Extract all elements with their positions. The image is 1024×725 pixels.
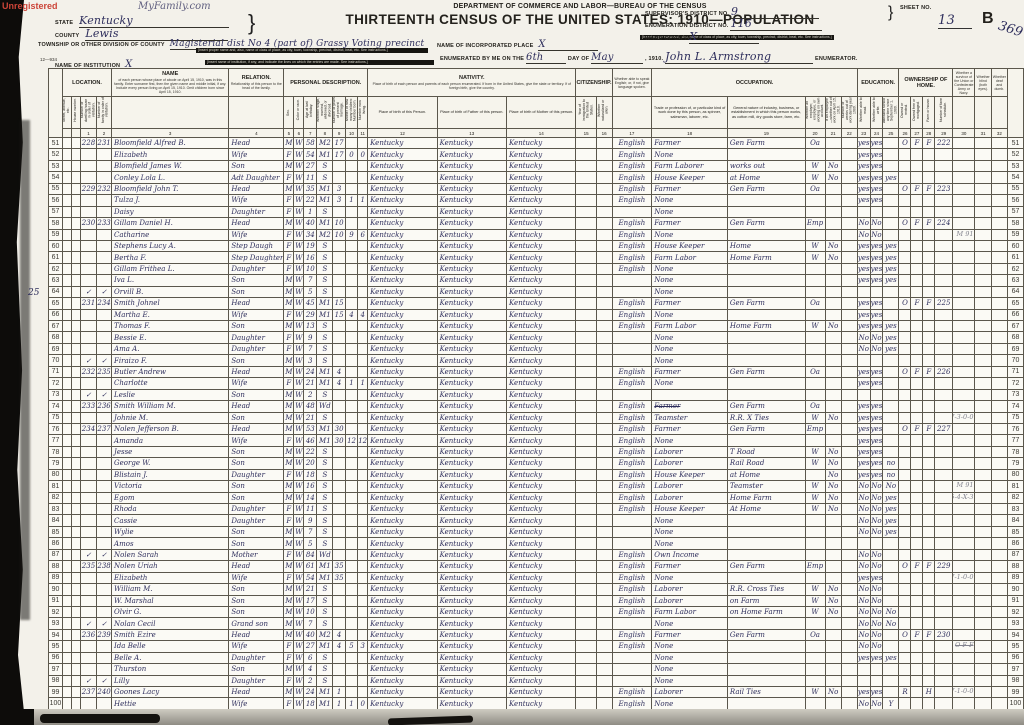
cell: 13 xyxy=(304,321,317,332)
cell xyxy=(97,435,112,446)
cell: yes xyxy=(870,366,883,377)
cell xyxy=(935,652,953,663)
cell xyxy=(805,229,825,240)
cell: Daughter xyxy=(229,652,284,663)
cell xyxy=(991,572,1007,583)
cell: Nolan Cecil xyxy=(112,618,229,629)
cell: No xyxy=(870,618,883,629)
cell xyxy=(80,195,96,206)
cell xyxy=(953,584,975,595)
cell xyxy=(953,675,975,686)
column-subheader: Place of birth of Father of this person. xyxy=(437,97,506,129)
cell xyxy=(71,687,80,698)
line-number-left: 93 xyxy=(49,618,63,629)
cell xyxy=(333,160,345,171)
cell: No xyxy=(857,629,870,640)
cell xyxy=(576,183,596,194)
cell: S xyxy=(317,286,333,297)
cell: Kentucky xyxy=(368,664,437,675)
cell xyxy=(80,595,96,606)
cell: M xyxy=(284,595,294,606)
cell xyxy=(991,332,1007,343)
table-row: 87✓✓Nolen SarahMotherFW84WdKentuckyKentu… xyxy=(49,549,1024,560)
cell: Kentucky xyxy=(368,423,437,434)
cell xyxy=(62,149,71,160)
cell: yes xyxy=(857,412,870,423)
cell: Kentucky xyxy=(437,355,506,366)
cell xyxy=(883,183,899,194)
cell: House Keeper xyxy=(652,504,728,515)
cell: Farm Labor xyxy=(652,321,728,332)
cell: F xyxy=(911,138,923,149)
cell xyxy=(345,481,357,492)
cell: Kentucky xyxy=(368,481,437,492)
cell: M xyxy=(284,629,294,640)
cell: 234 xyxy=(97,298,112,309)
cell xyxy=(923,412,935,423)
cell: F xyxy=(284,378,294,389)
cell xyxy=(923,492,935,503)
cell xyxy=(62,160,71,171)
line-number-left: 81 xyxy=(49,481,63,492)
cell: O xyxy=(899,366,911,377)
cell xyxy=(805,641,825,652)
cell xyxy=(612,652,652,663)
cell xyxy=(899,606,911,617)
cell: No xyxy=(857,526,870,537)
cell: F xyxy=(284,698,294,709)
cell: S xyxy=(317,389,333,400)
cell xyxy=(345,469,357,480)
cell xyxy=(727,698,805,709)
cell xyxy=(911,481,923,492)
cell: 7 xyxy=(304,275,317,286)
cell xyxy=(841,698,857,709)
cell: 3 xyxy=(358,641,368,652)
line-number-right: 98 xyxy=(1007,675,1023,686)
column-number: 11 xyxy=(358,129,368,138)
cell xyxy=(953,172,975,183)
cell: No xyxy=(857,698,870,709)
cell: M xyxy=(284,584,294,595)
cell: Laborer xyxy=(652,492,728,503)
cell: S xyxy=(317,675,333,686)
cell: W. Marshal xyxy=(112,595,229,606)
cell xyxy=(923,401,935,412)
cell: yes xyxy=(857,240,870,251)
cell: No xyxy=(825,606,841,617)
cell: Charlotte xyxy=(112,378,229,389)
cell: 4 xyxy=(358,309,368,320)
cell: Daughter xyxy=(229,675,284,686)
cell: English xyxy=(612,606,652,617)
cell xyxy=(576,458,596,469)
table-row: 64✓✓Orvill B.SonMW5SKentuckyKentuckyKent… xyxy=(49,286,1024,297)
cell: Kentucky xyxy=(507,481,576,492)
cell xyxy=(899,584,911,595)
cell xyxy=(923,389,935,400)
cell: 17 xyxy=(304,595,317,606)
cell: No xyxy=(857,492,870,503)
cell: M xyxy=(284,687,294,698)
cell xyxy=(727,538,805,549)
cell xyxy=(62,286,71,297)
cell xyxy=(991,458,1007,469)
cell xyxy=(825,389,841,400)
cell: yes xyxy=(857,446,870,457)
line-number-right: 77 xyxy=(1007,435,1023,446)
cell xyxy=(825,698,841,709)
cell xyxy=(923,652,935,663)
cell: 54 xyxy=(304,149,317,160)
ward-value: X xyxy=(689,30,759,44)
cell: W xyxy=(294,138,304,149)
cell: Kentucky xyxy=(507,435,576,446)
cell xyxy=(358,526,368,537)
cell xyxy=(596,286,612,297)
cell: yes xyxy=(857,572,870,583)
cell: Gen Farm xyxy=(727,138,805,149)
cell xyxy=(596,652,612,663)
cell xyxy=(935,355,953,366)
cell: yes xyxy=(870,652,883,663)
cell xyxy=(899,572,911,583)
cell: Catharine xyxy=(112,229,229,240)
cell: 237 xyxy=(80,687,96,698)
line-number-left: 68 xyxy=(49,332,63,343)
line-number-left: 97 xyxy=(49,664,63,675)
cell: No xyxy=(825,321,841,332)
cell: M xyxy=(284,389,294,400)
cell: at Home xyxy=(727,172,805,183)
pencil-note: O F F xyxy=(955,641,973,649)
cell xyxy=(841,618,857,629)
column-subheader: Street, avenue, etc. xyxy=(62,97,71,129)
cell: Head xyxy=(229,687,284,698)
cell xyxy=(935,195,953,206)
cell: Ama A. xyxy=(112,343,229,354)
cell xyxy=(991,446,1007,457)
cell: yes xyxy=(883,504,899,515)
cell xyxy=(841,595,857,606)
cell xyxy=(899,378,911,389)
cell xyxy=(825,401,841,412)
line-number-right: 100 xyxy=(1007,698,1023,709)
cell: 227 xyxy=(935,423,953,434)
cell: No xyxy=(825,504,841,515)
cell: W xyxy=(805,240,825,251)
cell: no xyxy=(883,458,899,469)
cell xyxy=(953,263,975,274)
column-subheader: Place of birth of this Person. xyxy=(368,97,437,129)
cell: Elizabeth xyxy=(112,572,229,583)
cell xyxy=(576,321,596,332)
cell: yes xyxy=(883,252,899,263)
cell: yes xyxy=(870,687,883,698)
cell: Kentucky xyxy=(437,538,506,549)
cell: Kentucky xyxy=(368,218,437,229)
cell: 61 xyxy=(304,561,317,572)
cell: Wd xyxy=(317,549,333,560)
cell: Son xyxy=(229,595,284,606)
cell: 0 xyxy=(358,149,368,160)
cell xyxy=(991,149,1007,160)
table-row: 96Belle A.DaughterFW6SKentuckyKentuckyKe… xyxy=(49,652,1024,663)
cell xyxy=(953,664,975,675)
cell xyxy=(71,172,80,183)
cell: M xyxy=(284,618,294,629)
line-number-right: 52 xyxy=(1007,149,1023,160)
cell xyxy=(953,138,975,149)
cell: Kentucky xyxy=(437,606,506,617)
cell xyxy=(596,458,612,469)
cell xyxy=(923,229,935,240)
cell xyxy=(596,343,612,354)
cell xyxy=(358,183,368,194)
cell xyxy=(97,446,112,457)
cell xyxy=(345,675,357,686)
cell xyxy=(97,275,112,286)
cell: Kentucky xyxy=(507,515,576,526)
cell: Kentucky xyxy=(368,149,437,160)
cell: English xyxy=(612,492,652,503)
line-number-right: 84 xyxy=(1007,515,1023,526)
cell xyxy=(991,687,1007,698)
cell: Martha E. xyxy=(112,309,229,320)
cell xyxy=(345,504,357,515)
line-number-left: 83 xyxy=(49,504,63,515)
cell: Head xyxy=(229,183,284,194)
cell xyxy=(911,446,923,457)
cell: W xyxy=(294,515,304,526)
cell xyxy=(805,343,825,354)
cell: 230 xyxy=(80,218,96,229)
cell xyxy=(576,469,596,480)
cell xyxy=(991,412,1007,423)
cell: W xyxy=(805,687,825,698)
cell xyxy=(935,481,953,492)
cell xyxy=(923,355,935,366)
cell: Kentucky xyxy=(368,584,437,595)
table-row: 85WylieSonMW7SKentuckyKentuckyKentuckyNo… xyxy=(49,526,1024,537)
cell: F xyxy=(284,504,294,515)
cell: Kentucky xyxy=(507,275,576,286)
cell xyxy=(358,240,368,251)
cell xyxy=(935,332,953,343)
cell xyxy=(71,606,80,617)
cell xyxy=(576,606,596,617)
cell xyxy=(991,423,1007,434)
cell: Kentucky xyxy=(437,240,506,251)
cell: 15-4-X-3 xyxy=(953,492,975,503)
cell xyxy=(841,629,857,640)
cell xyxy=(596,412,612,423)
cell: yes xyxy=(883,515,899,526)
cell: No xyxy=(870,229,883,240)
cell: No xyxy=(825,172,841,183)
cell: Kentucky xyxy=(507,572,576,583)
cell: 226 xyxy=(935,366,953,377)
cell xyxy=(923,160,935,171)
cell xyxy=(596,378,612,389)
cell: 4 xyxy=(333,378,345,389)
table-row: 86AmosSonMW5SKentuckyKentuckyKentuckyNon… xyxy=(49,538,1024,549)
cell xyxy=(596,606,612,617)
cell xyxy=(71,549,80,560)
cell: Kentucky xyxy=(437,275,506,286)
cell: F xyxy=(284,469,294,480)
cell xyxy=(953,515,975,526)
cell xyxy=(923,195,935,206)
cell: Amanda xyxy=(112,435,229,446)
cell: 30 xyxy=(333,423,345,434)
cell xyxy=(358,286,368,297)
cell: Kentucky xyxy=(507,606,576,617)
cell xyxy=(975,561,991,572)
cell: S xyxy=(317,206,333,217)
table-row: 73✓✓LeslieSonMW2SKentuckyKentuckyKentuck… xyxy=(49,389,1024,400)
cell xyxy=(975,378,991,389)
cell xyxy=(975,355,991,366)
cell xyxy=(953,458,975,469)
cell xyxy=(953,149,975,160)
line-number-left: 73 xyxy=(49,389,63,400)
cell xyxy=(825,526,841,537)
cell xyxy=(62,618,71,629)
cell: Laborer xyxy=(652,458,728,469)
cell: Kentucky xyxy=(437,641,506,652)
cell xyxy=(805,309,825,320)
pencil-note: 7-3-0-0 xyxy=(953,413,974,421)
cell: Gillam Daniel H. xyxy=(112,218,229,229)
cell: Smith Johnel xyxy=(112,298,229,309)
cell: Belle A. xyxy=(112,652,229,663)
cell: Kentucky xyxy=(437,160,506,171)
cell xyxy=(975,138,991,149)
cell xyxy=(71,149,80,160)
cell: Daughter xyxy=(229,343,284,354)
cell xyxy=(883,687,899,698)
cell: 238 xyxy=(97,561,112,572)
cell xyxy=(62,138,71,149)
column-group-header: Whether able to speak English; or, if no… xyxy=(612,69,652,97)
cell xyxy=(358,629,368,640)
cell xyxy=(911,606,923,617)
cell: M1 xyxy=(317,561,333,572)
cell: Kentucky xyxy=(507,366,576,377)
cell: Kentucky xyxy=(368,687,437,698)
cell: M1 xyxy=(317,149,333,160)
cell xyxy=(841,675,857,686)
cell: 15 xyxy=(333,309,345,320)
column-group-header: PERSONAL DESCRIPTION. xyxy=(284,69,368,97)
cell xyxy=(935,286,953,297)
cell: W xyxy=(294,629,304,640)
cell xyxy=(883,435,899,446)
cell xyxy=(97,240,112,251)
cell: Kentucky xyxy=(507,229,576,240)
cell: 5 xyxy=(304,286,317,297)
cell: M xyxy=(284,412,294,423)
cell: 4 xyxy=(333,366,345,377)
cell xyxy=(841,389,857,400)
column-subheader: Whether single, married, widowed, or div… xyxy=(317,97,333,129)
cell xyxy=(62,584,71,595)
cell: Gen Farm xyxy=(727,561,805,572)
cell: English xyxy=(612,584,652,595)
cell xyxy=(805,206,825,217)
cell: F xyxy=(911,629,923,640)
cell xyxy=(953,240,975,251)
cell xyxy=(825,435,841,446)
cell: Kentucky xyxy=(437,378,506,389)
line-number-left: 61 xyxy=(49,252,63,263)
cell xyxy=(805,332,825,343)
cell xyxy=(71,412,80,423)
cell xyxy=(596,664,612,675)
cell xyxy=(923,526,935,537)
cell xyxy=(333,275,345,286)
line-number-left: 62 xyxy=(49,263,63,274)
cell xyxy=(953,469,975,480)
cell: F xyxy=(284,195,294,206)
column-number: 27 xyxy=(911,129,923,138)
cell: 230 xyxy=(935,629,953,640)
cell xyxy=(97,641,112,652)
cell xyxy=(576,641,596,652)
cell xyxy=(71,641,80,652)
line-number-left: 52 xyxy=(49,149,63,160)
cell: English xyxy=(612,378,652,389)
cell: Kentucky xyxy=(437,492,506,503)
cell xyxy=(727,664,805,675)
cell xyxy=(97,481,112,492)
cell: Kentucky xyxy=(507,195,576,206)
cell: Kentucky xyxy=(368,160,437,171)
cell: English xyxy=(612,481,652,492)
table-row: 99237240Goones LacyHeadMW24M11KentuckyKe… xyxy=(49,687,1024,698)
cell xyxy=(841,458,857,469)
cell xyxy=(727,206,805,217)
cell: Gen Farm xyxy=(727,183,805,194)
cell xyxy=(71,538,80,549)
cell xyxy=(62,435,71,446)
cell xyxy=(62,240,71,251)
table-row: 70✓✓Firaizo F.SonMW3SKentuckyKentuckyKen… xyxy=(49,355,1024,366)
cell: no xyxy=(883,469,899,480)
cell: W xyxy=(294,332,304,343)
cell: on Home Farm xyxy=(727,606,805,617)
cell xyxy=(62,458,71,469)
cell: Daughter xyxy=(229,469,284,480)
cell xyxy=(62,664,71,675)
cell xyxy=(899,252,911,263)
cell xyxy=(80,321,96,332)
cell: No xyxy=(825,240,841,251)
cell: 1 xyxy=(345,698,357,709)
cell xyxy=(975,149,991,160)
cell xyxy=(857,538,870,549)
cell: 4 xyxy=(304,664,317,675)
cell xyxy=(805,572,825,583)
table-row: 69Ama A.DaughterFW7SKentuckyKentuckyKent… xyxy=(49,343,1024,354)
cell xyxy=(358,595,368,606)
cell: Farm Laborer xyxy=(652,160,728,171)
cell: None xyxy=(652,675,728,686)
cell: Bloomfield Alfred B. xyxy=(112,138,229,149)
cell xyxy=(596,195,612,206)
line-number-right: 99 xyxy=(1007,687,1023,698)
